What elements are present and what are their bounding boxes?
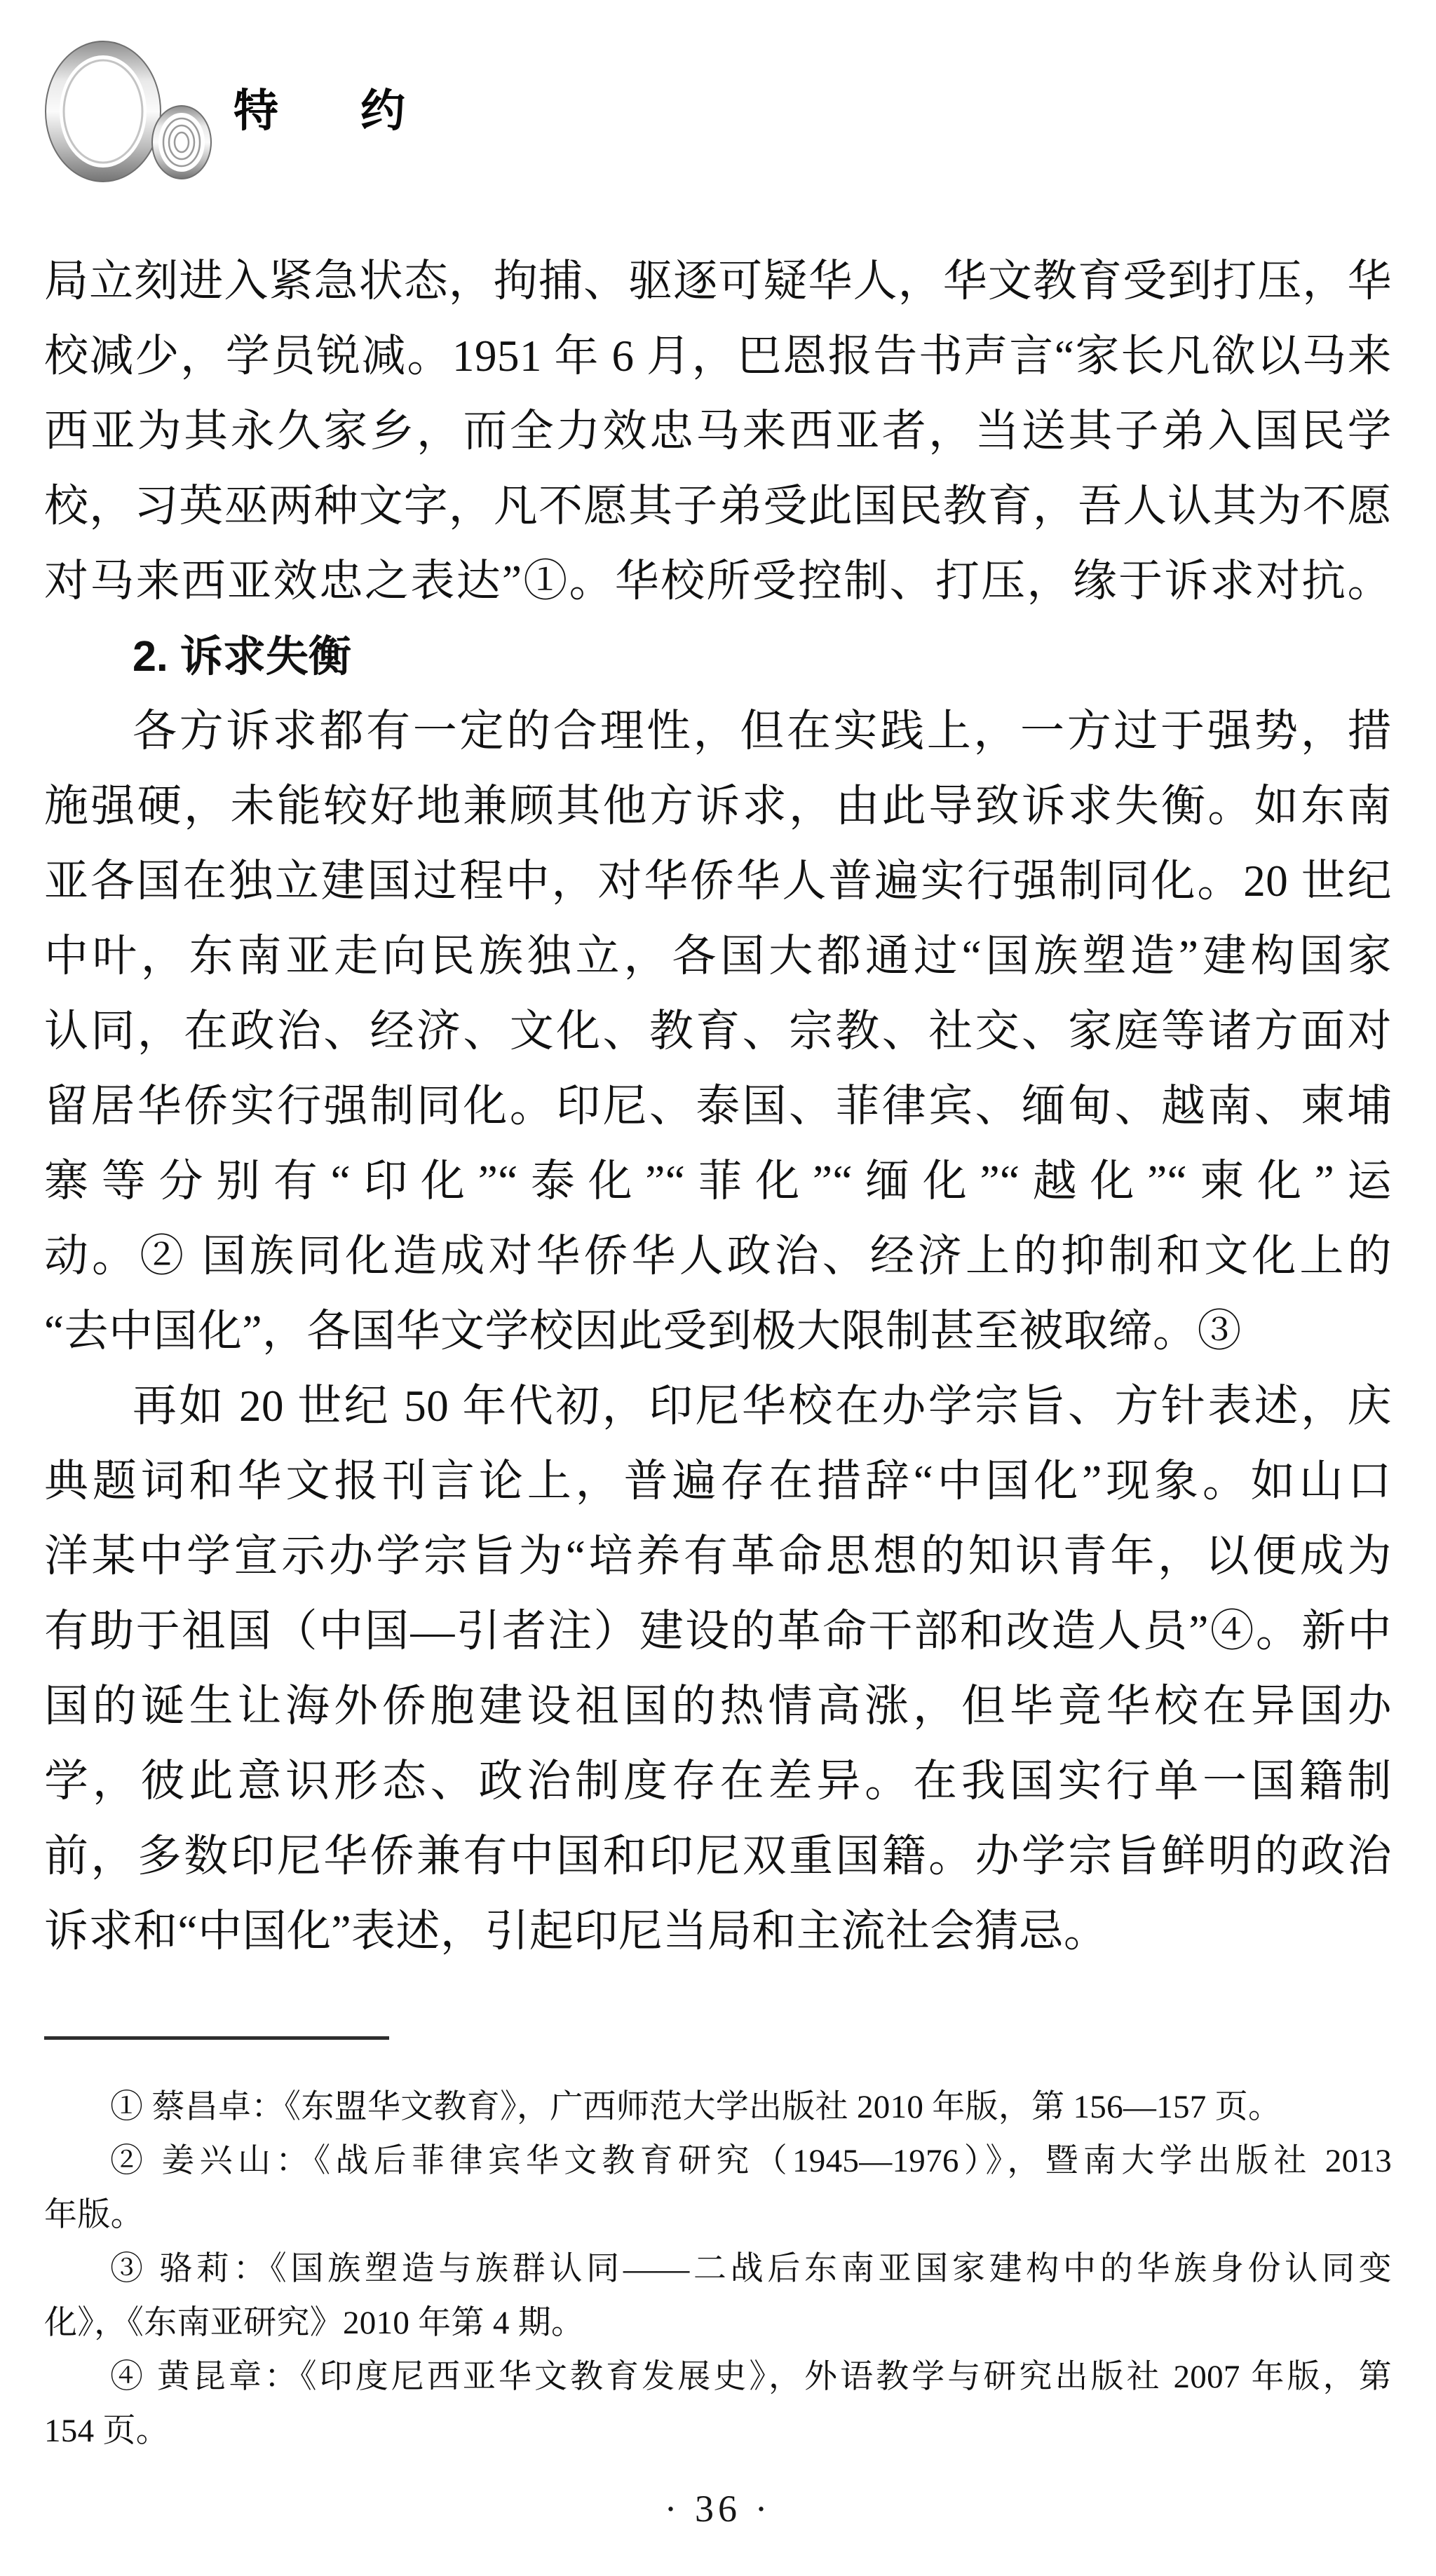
text-line: 国的诞生让海外侨胞建设祖国的热情高涨，但毕竟华校在异国办 — [44, 1669, 1392, 1744]
footnote-line: ① 蔡昌卓：《东盟华文教育》，广西师范大学出版社 2010 年版，第 156—1… — [44, 2080, 1392, 2134]
text-line: 前，多数印尼华侨兼有中国和印尼双重国籍。办学宗旨鲜明的政治 — [44, 1819, 1392, 1894]
column-label-char-left: 特 — [233, 89, 278, 134]
text-line: 校减少，学员锐减。1951 年 6 月，巴恩报告书声言“家长凡欲以马来 — [44, 319, 1392, 394]
footnote-line: ④ 黄昆章：《印度尼西亚华文教育发展史》，外语教学与研究出版社 2007 年版，… — [44, 2350, 1392, 2404]
text-line: 留居华侨实行强制同化。印尼、泰国、菲律宾、缅甸、越南、柬埔 — [44, 1069, 1392, 1144]
page-number: · 36 · — [0, 2487, 1436, 2530]
footnote-line: 年版。 — [44, 2188, 1392, 2242]
text-line: 各方诉求都有一定的合理性，但在实践上，一方过于强势，措 — [44, 694, 1392, 769]
text-line: 动。② 国族同化造成对华侨华人政治、经济上的抑制和文化上的 — [44, 1219, 1392, 1294]
column-label: 特 约 — [233, 89, 405, 134]
body-text: 局立刻进入紧急状态，拘捕、驱逐可疑华人，华文教育受到打压，华 校减少，学员锐减。… — [44, 244, 1392, 1969]
text-line: 洋某中学宣示办学宗旨为“培养有革命思想的知识青年，以便成为 — [44, 1519, 1392, 1594]
text-line: 施强硬，未能较好地兼顾其他方诉求，由此导致诉求失衡。如东南 — [44, 769, 1392, 844]
text-line: 诉求和“中国化”表述，引起印尼当局和主流社会猜忌。 — [44, 1894, 1392, 1969]
footnote-line: 154 页。 — [44, 2404, 1392, 2458]
text-line: 西亚为其永久家乡，而全力效忠马来西亚者，当送其子弟入国民学 — [44, 394, 1392, 469]
text-line: 寨等分别有“印化”“泰化”“菲化”“缅化”“越化”“柬化”运 — [44, 1144, 1392, 1219]
document-page: 特 约 局立刻进入紧急状态，拘捕、驱逐可疑华人，华文教育受到打压，华 校减少，学… — [0, 0, 1436, 2576]
footnote-line: ② 姜兴山：《战后菲律宾华文教育研究（1945—1976）》，暨南大学出版社 2… — [44, 2134, 1392, 2188]
footnotes: ① 蔡昌卓：《东盟华文教育》，广西师范大学出版社 2010 年版，第 156—1… — [44, 2080, 1392, 2458]
text-line: “去中国化”，各国华文学校因此受到极大限制甚至被取缔。③ — [44, 1294, 1392, 1369]
rings-logo-icon — [44, 39, 212, 184]
text-line: 认同，在政治、经济、文化、教育、宗教、社交、家庭等诸方面对 — [44, 994, 1392, 1069]
page-header: 特 约 — [44, 39, 405, 184]
text-line: 亚各国在独立建国过程中，对华侨华人普遍实行强制同化。20 世纪 — [44, 844, 1392, 919]
column-label-char-right: 约 — [360, 89, 405, 134]
text-line: 对马来西亚效忠之表达”①。华校所受控制、打压，缘于诉求对抗。 — [44, 544, 1392, 619]
text-line: 学，彼此意识形态、政治制度存在差异。在我国实行单一国籍制 — [44, 1744, 1392, 1819]
text-line: 典题词和华文报刊言论上，普遍存在措辞“中国化”现象。如山口 — [44, 1444, 1392, 1519]
footnote-line: ③ 骆莉：《国族塑造与族群认同——二战后东南亚国家建构中的华族身份认同变 — [44, 2242, 1392, 2296]
section-heading: 2. 诉求失衡 — [44, 619, 1392, 694]
text-line: 校，习英巫两种文字，凡不愿其子弟受此国民教育，吾人认其为不愿 — [44, 469, 1392, 544]
text-line: 有助于祖国（中国—引者注）建设的革命干部和改造人员”④。新中 — [44, 1594, 1392, 1669]
text-line: 再如 20 世纪 50 年代初，印尼华校在办学宗旨、方针表述，庆 — [44, 1369, 1392, 1444]
footnote-line: 化》，《东南亚研究》2010 年第 4 期。 — [44, 2296, 1392, 2350]
footnote-separator — [44, 2036, 389, 2040]
text-line: 局立刻进入紧急状态，拘捕、驱逐可疑华人，华文教育受到打压，华 — [44, 244, 1392, 319]
text-line: 中叶，东南亚走向民族独立，各国大都通过“国族塑造”建构国家 — [44, 919, 1392, 994]
